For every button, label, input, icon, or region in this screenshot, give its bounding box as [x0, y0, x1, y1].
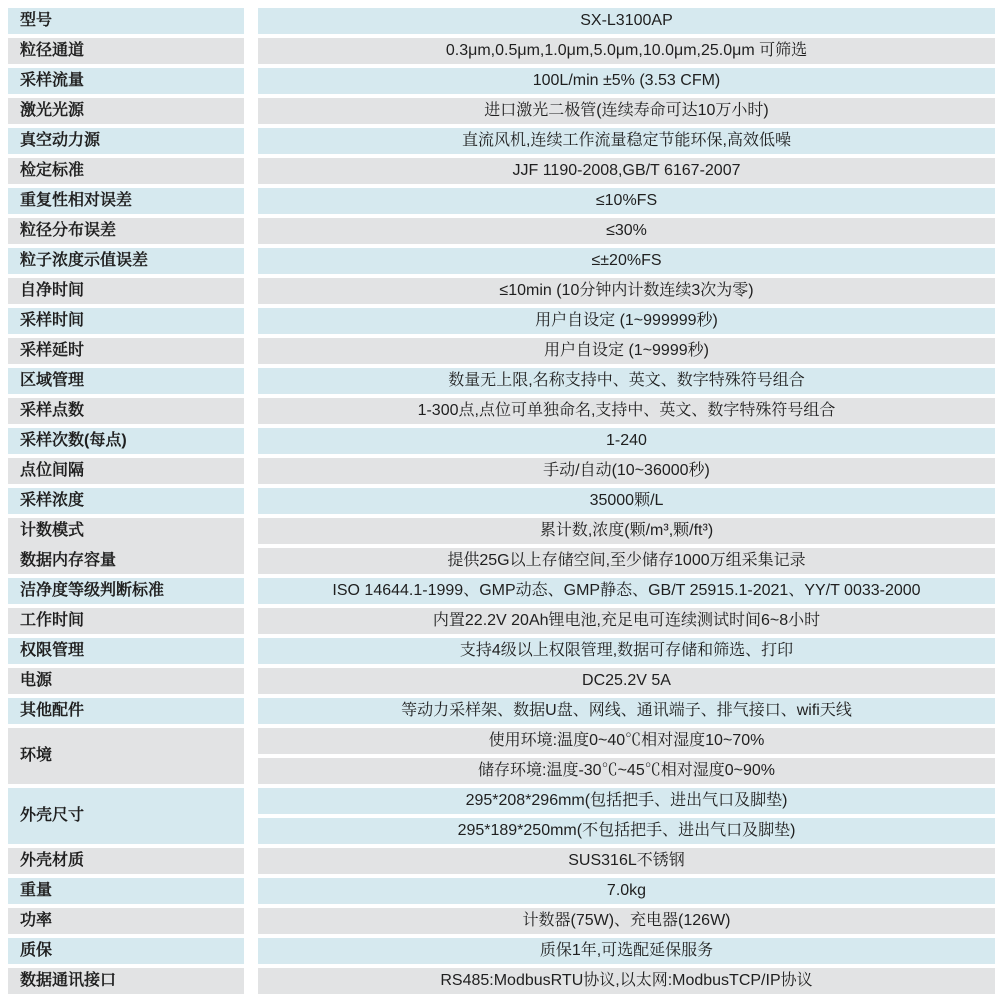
spec-row-value: ≤±20%FS [258, 248, 995, 274]
spec-row-value: 100L/min ±5% (3.53 CFM) [258, 68, 995, 94]
spec-row-value: 等动力采样架、数据U盘、网线、通讯端子、排气接口、wifi天线 [258, 698, 995, 724]
spec-row-value: ≤10%FS [258, 188, 995, 214]
spec-row-label: 采样延时 [8, 338, 244, 364]
spec-row-label: 其他配件 [8, 698, 244, 724]
spec-row-label: 型号 [8, 8, 244, 34]
spec-row-value: 进口激光二极管(连续寿命可达10万小时) [258, 98, 995, 124]
spec-row-label: 数据内存容量 [8, 548, 244, 574]
spec-row-label: 采样时间 [8, 308, 244, 334]
spec-row-value: JJF 1190-2008,GB/T 6167-2007 [258, 158, 995, 184]
spec-row-value: 支持4级以上权限管理,数据可存储和筛选、打印 [258, 638, 995, 664]
spec-row-value: RS485:ModbusRTU协议,以太网:ModbusTCP/IP协议 [258, 968, 995, 994]
spec-row-value: 直流风机,连续工作流量稳定节能环保,高效低噪 [258, 128, 995, 154]
spec-row-label: 重量 [8, 878, 244, 904]
spec-row-label: 采样浓度 [8, 488, 244, 514]
spec-row-value: 数量无上限,名称支持中、英文、数字特殊符号组合 [258, 368, 995, 394]
spec-row-label: 工作时间 [8, 608, 244, 634]
spec-row-label: 真空动力源 [8, 128, 244, 154]
spec-row-label: 粒子浓度示值误差 [8, 248, 244, 274]
spec-row-value: SUS316L不锈钢 [258, 848, 995, 874]
spec-row-label: 采样流量 [8, 68, 244, 94]
spec-row-value: 计数器(75W)、充电器(126W) [258, 908, 995, 934]
spec-row-label: 洁净度等级判断标准 [8, 578, 244, 604]
spec-row-label: 检定标准 [8, 158, 244, 184]
spec-row-label: 外壳尺寸 [8, 788, 244, 844]
spec-row-label: 数据通讯接口 [8, 968, 244, 994]
spec-row-value: 1-240 [258, 428, 995, 454]
spec-row-value: 0.3μm,0.5μm,1.0μm,5.0μm,10.0μm,25.0μm 可筛… [258, 38, 995, 64]
spec-row-value: 内置22.2V 20Ah锂电池,充足电可连续测试时间6~8小时 [258, 608, 995, 634]
spec-row-value: 1-300点,点位可单独命名,支持中、英文、数字特殊符号组合 [258, 398, 995, 424]
spec-row-value: 储存环境:温度-30℃~45℃相对湿度0~90% [258, 758, 995, 784]
spec-row-value: SX-L3100AP [258, 8, 995, 34]
spec-row-label: 采样次数(每点) [8, 428, 244, 454]
spec-row-value: 提供25G以上存储空间,至少储存1000万组采集记录 [258, 548, 995, 574]
spec-row-label: 粒径通道 [8, 38, 244, 64]
spec-row-value: 质保1年,可选配延保服务 [258, 938, 995, 964]
spec-row-label: 电源 [8, 668, 244, 694]
spec-row-label: 采样点数 [8, 398, 244, 424]
spec-row-value: 295*189*250mm(不包括把手、进出气口及脚垫) [258, 818, 995, 844]
spec-row-label: 权限管理 [8, 638, 244, 664]
spec-row-label: 激光光源 [8, 98, 244, 124]
spec-row-label: 质保 [8, 938, 244, 964]
spec-row-label: 功率 [8, 908, 244, 934]
spec-row-value: 手动/自动(10~36000秒) [258, 458, 995, 484]
spec-row-value: ≤10min (10分钟内计数连续3次为零) [258, 278, 995, 304]
spec-row-label: 区域管理 [8, 368, 244, 394]
spec-row-label: 重复性相对误差 [8, 188, 244, 214]
spec-row-label: 自净时间 [8, 278, 244, 304]
spec-row-label: 外壳材质 [8, 848, 244, 874]
spec-row-label: 环境 [8, 728, 244, 784]
spec-row-label: 计数模式 [8, 518, 244, 544]
spec-table: 型号SX-L3100AP粒径通道0.3μm,0.5μm,1.0μm,5.0μm,… [0, 0, 1000, 1000]
spec-row-value: 用户自设定 (1~999999秒) [258, 308, 995, 334]
spec-row-label: 粒径分布误差 [8, 218, 244, 244]
spec-row-value: 使用环境:温度0~40℃相对湿度10~70% [258, 728, 995, 754]
spec-row-label: 点位间隔 [8, 458, 244, 484]
spec-row-value: DC25.2V 5A [258, 668, 995, 694]
spec-row-value: 累计数,浓度(颗/m³,颗/ft³) [258, 518, 995, 544]
spec-row-value: 7.0kg [258, 878, 995, 904]
spec-row-value: ISO 14644.1-1999、GMP动态、GMP静态、GB/T 25915.… [258, 578, 995, 604]
spec-row-value: 用户自设定 (1~9999秒) [258, 338, 995, 364]
spec-row-value: ≤30% [258, 218, 995, 244]
spec-row-value: 35000颗/L [258, 488, 995, 514]
spec-row-value: 295*208*296mm(包括把手、进出气口及脚垫) [258, 788, 995, 814]
